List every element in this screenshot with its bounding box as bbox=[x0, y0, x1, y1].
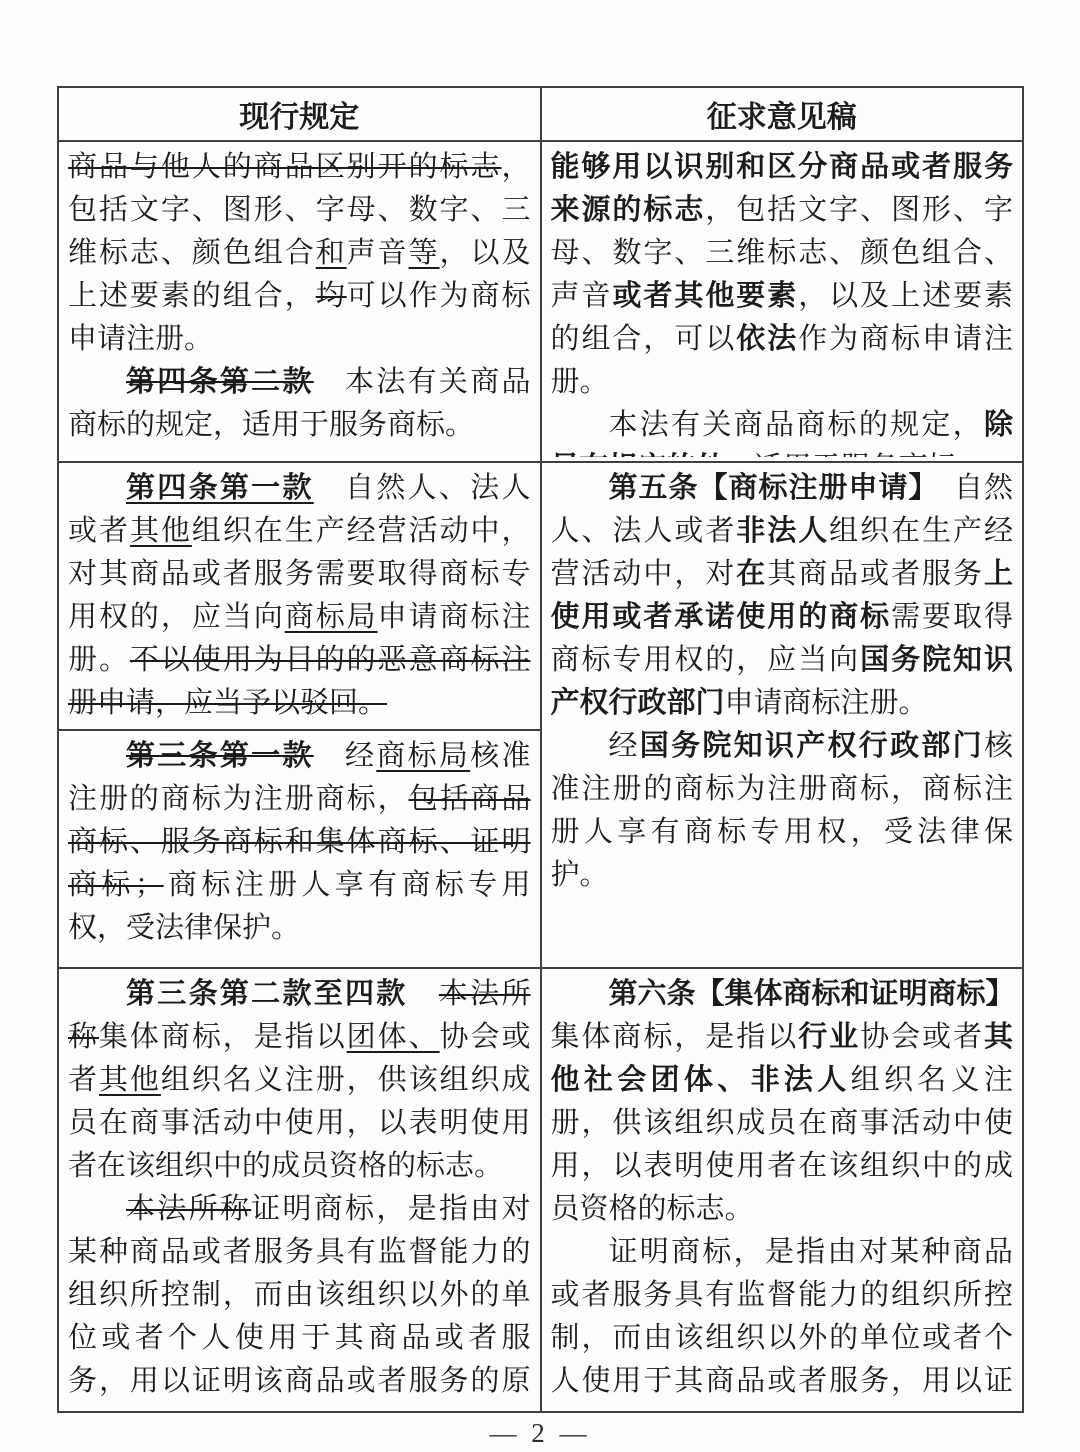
text-run: 声音 bbox=[347, 237, 409, 269]
text-run: 第四条第二款 bbox=[126, 366, 314, 398]
cell-draft-article6: 第六条【集体商标和证明商标】 集体商标，是指以行业协会或者其他社会团体、非法人组… bbox=[541, 968, 1024, 1412]
cell-text: 第四条第一款 自然人、法人或者其他组织在生产经营活动中，对其商品或者服务需要取得… bbox=[68, 467, 531, 725]
paragraph: 第三条第二款至四款 本法所称集体商标，是指以团体、协会或者其他组织名义注册，供该… bbox=[68, 973, 531, 1188]
text-run: 经 bbox=[609, 730, 640, 762]
paragraph: 第五条【商标注册申请】 自然人、法人或者非法人组织在生产经营活动中，对在其商品或… bbox=[551, 467, 1014, 725]
text-run: 商标局 bbox=[285, 601, 378, 633]
text-run: 团体、 bbox=[347, 1021, 440, 1053]
text-run: 第六条【集体商标和证明商标】 bbox=[609, 978, 1001, 1010]
cell-current-article4-1: 第四条第一款 自然人、法人或者其他组织在生产经营活动中，对其商品或者服务需要取得… bbox=[58, 462, 541, 730]
paragraph: 商品与他人的商品区别开的标志，包括文字、图形、字母、数字、三维标志、颜色组合和声… bbox=[68, 146, 531, 361]
text-run: 商标局 bbox=[376, 740, 470, 772]
text-run: 其商品或者服务 bbox=[767, 558, 984, 590]
paragraph: 经国务院知识产权行政部门核准注册的商标为注册商标，商标注册人享有商标专用权，受法… bbox=[551, 725, 1014, 897]
cell-text: 能够用以识别和区分商品或者服务来源的标志，包括文字、图形、字母、数字、三维标志、… bbox=[551, 146, 1014, 457]
text-run: 集体商标，是指以 bbox=[99, 1021, 347, 1053]
cell-current-article4-2: 商品与他人的商品区别开的标志，包括文字、图形、字母、数字、三维标志、颜色组合和声… bbox=[58, 141, 541, 462]
table-row: 第三条第二款至四款 本法所称集体商标，是指以团体、协会或者其他组织名义注册，供该… bbox=[58, 968, 1023, 1412]
page-number: — 2 — bbox=[0, 1418, 1080, 1449]
paragraph: 第六条【集体商标和证明商标】 集体商标，是指以行业协会或者其他社会团体、非法人组… bbox=[551, 973, 1014, 1231]
cell-draft-article4: 能够用以识别和区分商品或者服务来源的标志，包括文字、图形、字母、数字、三维标志、… bbox=[541, 141, 1024, 462]
paragraph: 证明商标，是指由对某种商品或者服务具有监督能力的组织所控制，而由该组织以外的单位… bbox=[551, 1231, 1014, 1407]
text-run: 其他 bbox=[99, 1064, 161, 1096]
comparison-table: 现行规定 征求意见稿 商品与他人的商品区别开的标志，包括文字、图形、字母、数字、… bbox=[57, 86, 1024, 1413]
text-run: 本法所称 bbox=[126, 1193, 251, 1225]
text-run: 证明商标，是指由对某种商品或者服务具有监督能力的组织所控制，而由该组织以外的单位… bbox=[551, 1236, 1014, 1407]
text-run bbox=[408, 978, 439, 1010]
cell-text: 第六条【集体商标和证明商标】 集体商标，是指以行业协会或者其他社会团体、非法人组… bbox=[551, 973, 1014, 1407]
text-run: 非法人 bbox=[736, 515, 829, 547]
text-run: 申请商标注册。 bbox=[725, 687, 928, 719]
scanned-document-page: 现行规定 征求意见稿 商品与他人的商品区别开的标志，包括文字、图形、字母、数字、… bbox=[0, 0, 1080, 1452]
text-run: 行业 bbox=[798, 1021, 860, 1053]
table-header-row: 现行规定 征求意见稿 bbox=[58, 87, 1023, 141]
paragraph: 本法所称证明商标，是指由对某种商品或者服务具有监督能力的组织所控制，而由该组织以… bbox=[68, 1188, 531, 1407]
text-run: 第五条【商标注册申请】 bbox=[609, 472, 924, 504]
text-run: 其他 bbox=[130, 515, 192, 547]
paragraph: 本法有关商品商标的规定，除另有规定的外，适用于服务商标。 bbox=[551, 404, 1014, 457]
cell-text: 第三条第一款 经商标局核准注册的商标为注册商标，包括商品商标、服务商标和集体商标… bbox=[68, 735, 531, 963]
paragraph: 第四条第一款 自然人、法人或者其他组织在生产经营活动中，对其商品或者服务需要取得… bbox=[68, 467, 531, 725]
column-header-draft-for-comment: 征求意见稿 bbox=[541, 87, 1024, 141]
cell-text: 商品与他人的商品区别开的标志，包括文字、图形、字母、数字、三维标志、颜色组合和声… bbox=[68, 146, 531, 457]
text-run: 不以使用为目的的恶意商标注册申请，应当予以驳回。 bbox=[68, 644, 530, 719]
cell-text: 第三条第二款至四款 本法所称集体商标，是指以团体、协会或者其他组织名义注册，供该… bbox=[68, 973, 531, 1407]
text-run: 等 bbox=[409, 237, 440, 269]
cell-current-article3-1: 第三条第一款 经商标局核准注册的商标为注册商标，包括商品商标、服务商标和集体商标… bbox=[58, 730, 541, 968]
column-header-current-provisions: 现行规定 bbox=[58, 87, 541, 141]
text-run: 依法 bbox=[736, 323, 798, 355]
paragraph: 第四条第二款 本法有关商品商标的规定，适用于服务商标。 bbox=[68, 361, 531, 447]
text-run: 协会或者 bbox=[860, 1021, 984, 1053]
text-run: 证明商标，是指由对某种商品或者服务具有监督能力的组织所控制，而由该组织以外的单位… bbox=[68, 1193, 531, 1407]
cell-current-article3-2to4: 第三条第二款至四款 本法所称集体商标，是指以团体、协会或者其他组织名义注册，供该… bbox=[58, 968, 541, 1412]
text-run: 商品与他人的商品区别开的标志 bbox=[68, 151, 501, 183]
table-row: 第四条第一款 自然人、法人或者其他组织在生产经营活动中，对其商品或者服务需要取得… bbox=[58, 462, 1023, 730]
table-row: 商品与他人的商品区别开的标志，包括文字、图形、字母、数字、三维标志、颜色组合和声… bbox=[58, 141, 1023, 462]
text-run: 第四条第一款 bbox=[126, 472, 314, 504]
text-run: 国务院知识产权行政部门 bbox=[640, 730, 984, 762]
text-run: 和 bbox=[316, 237, 347, 269]
text-run: 均 bbox=[316, 280, 347, 312]
cell-draft-article5: 第五条【商标注册申请】 自然人、法人或者非法人组织在生产经营活动中，对在其商品或… bbox=[541, 462, 1024, 968]
text-run: 第三条第二款至四款 bbox=[126, 978, 408, 1010]
text-run: 或者其他要素 bbox=[612, 280, 798, 312]
paragraph: 能够用以识别和区分商品或者服务来源的标志，包括文字、图形、字母、数字、三维标志、… bbox=[551, 146, 1014, 404]
cell-text: 第五条【商标注册申请】 自然人、法人或者非法人组织在生产经营活动中，对在其商品或… bbox=[551, 467, 1014, 961]
text-run: 经 bbox=[314, 740, 377, 772]
paragraph: 第三条第一款 经商标局核准注册的商标为注册商标，包括商品商标、服务商标和集体商标… bbox=[68, 735, 531, 950]
text-run: 本法有关商品商标的规定， bbox=[609, 409, 984, 441]
text-run: 在 bbox=[736, 558, 767, 590]
text-run: 第三条第一款 bbox=[126, 740, 314, 772]
text-run: ，适用于服务商标。 bbox=[725, 452, 986, 457]
